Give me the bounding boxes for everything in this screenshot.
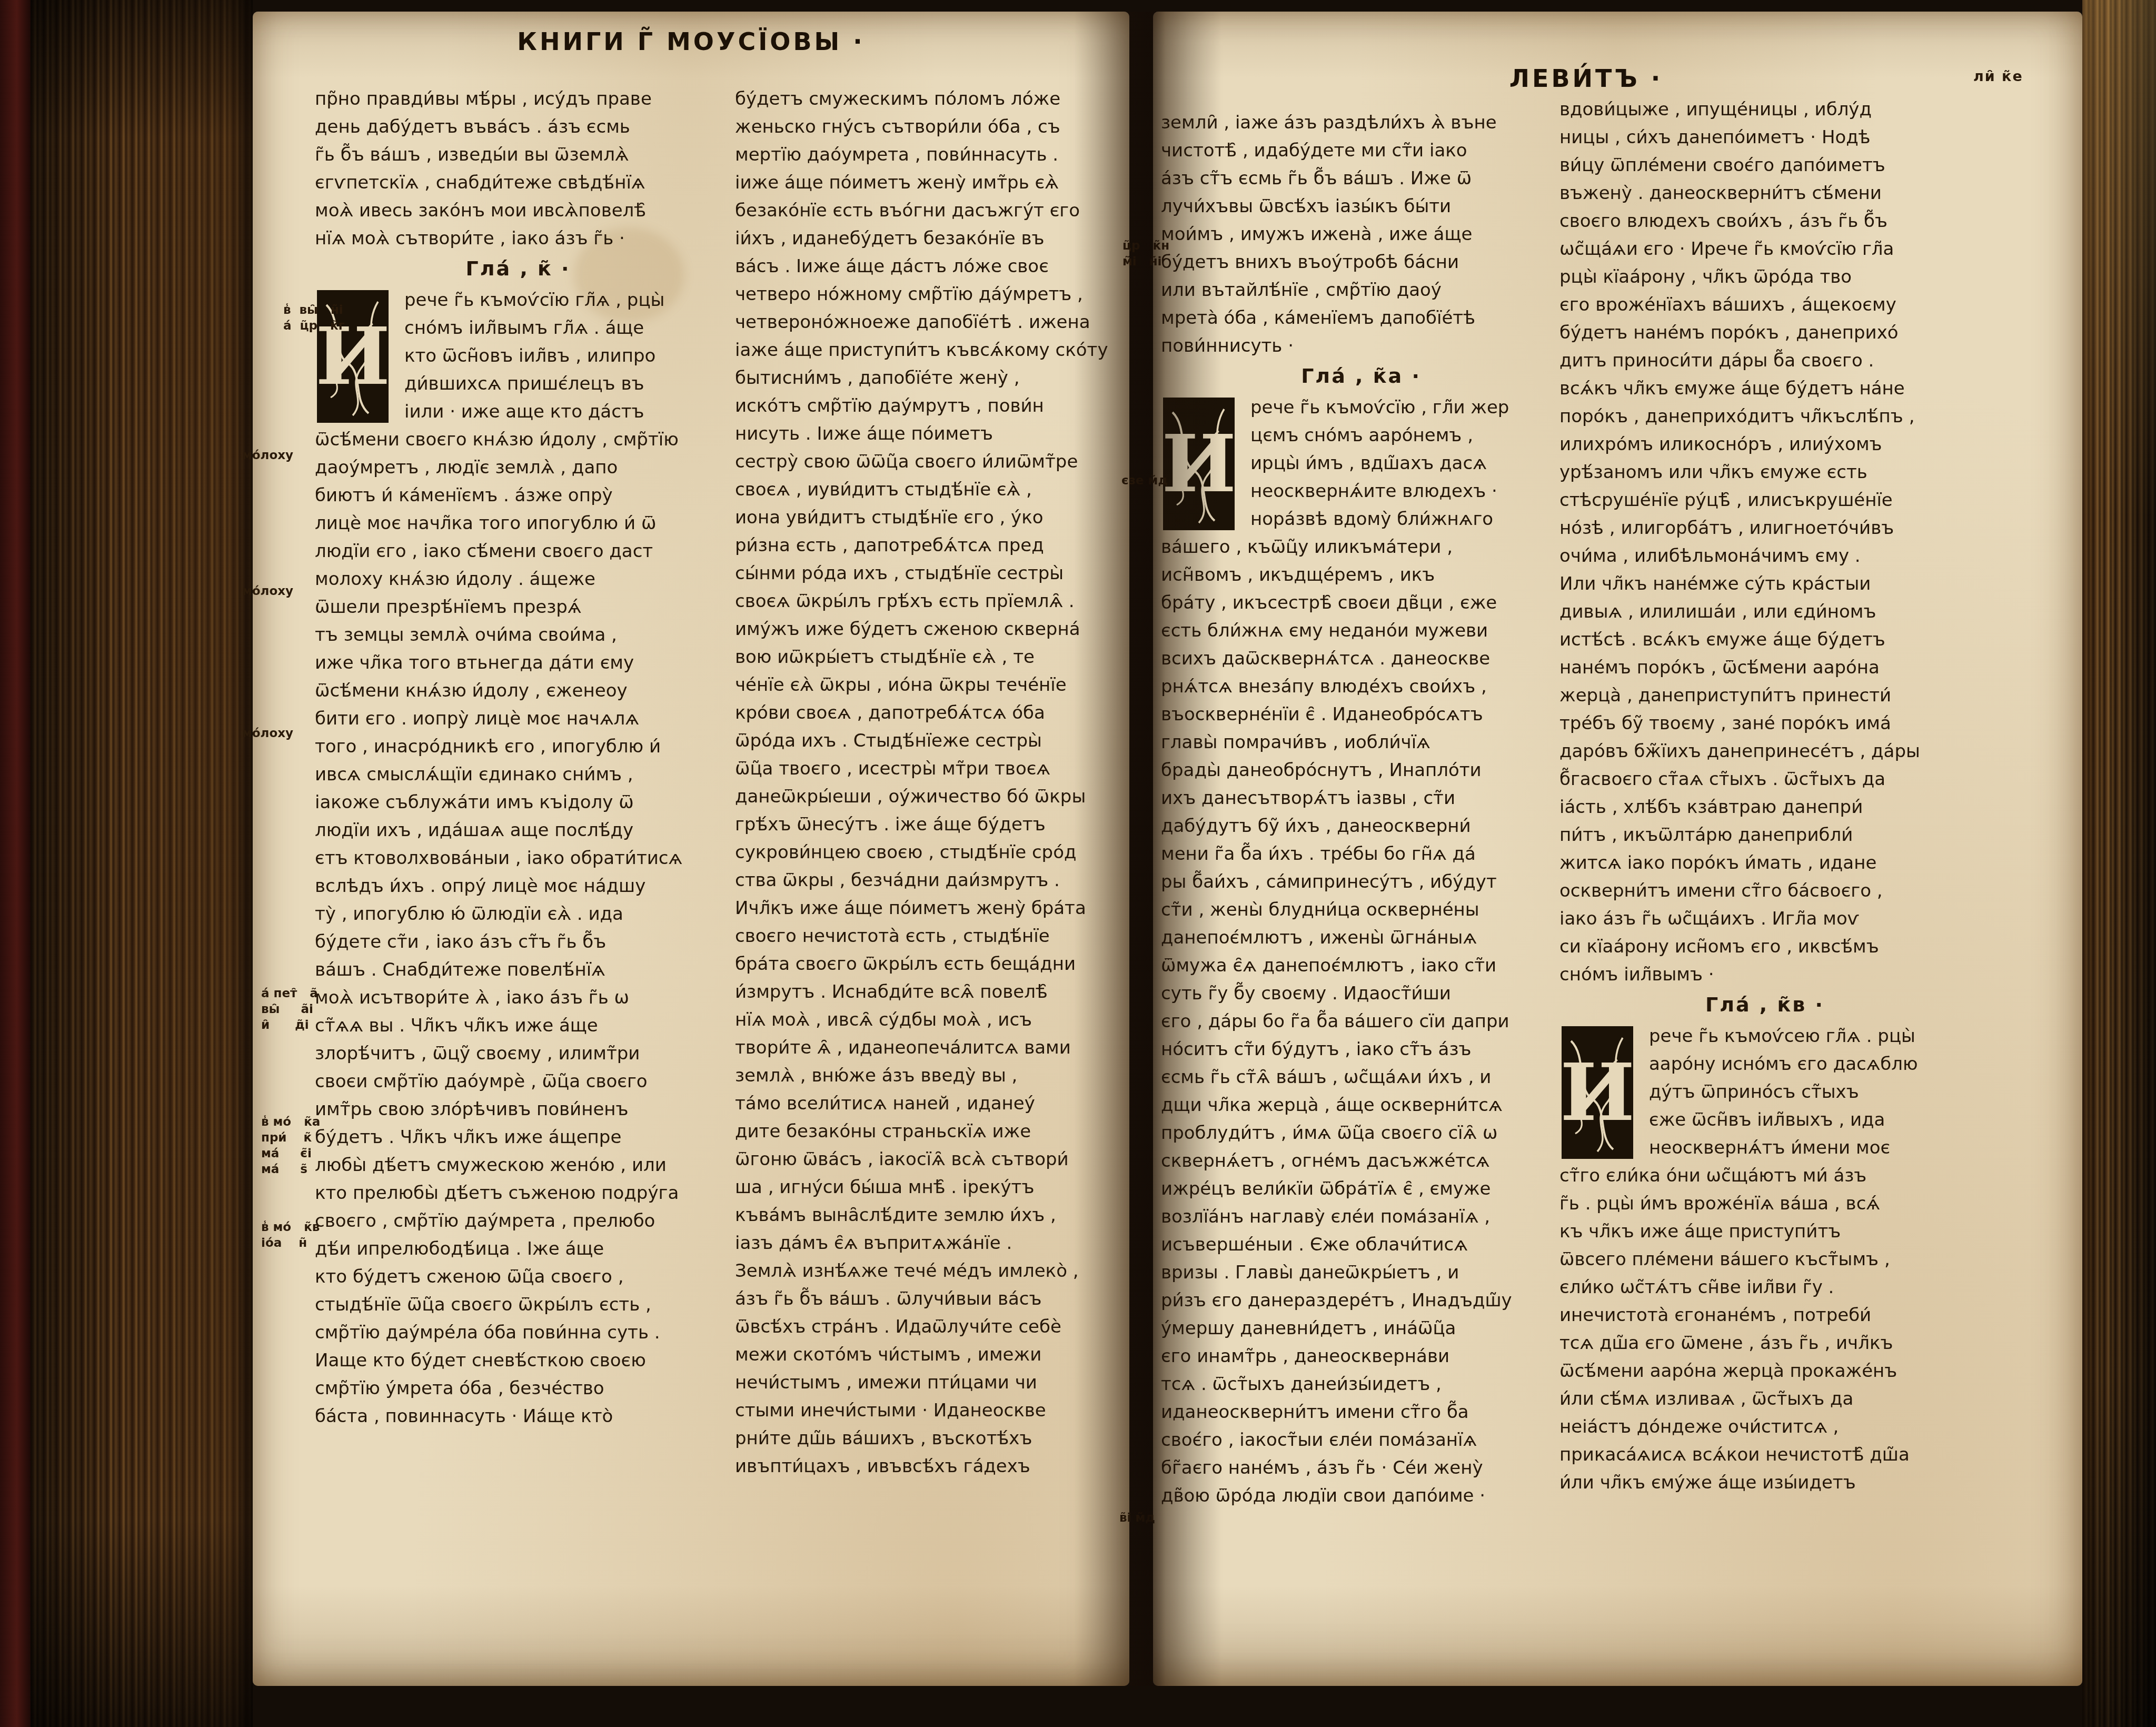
text-line: сукрови́нцею своєю , стыдѣ́нїе сро́д bbox=[735, 839, 1130, 867]
ornate-initial-icon: И bbox=[1162, 396, 1236, 531]
text-line: рни́те дш̃ь ва́шихъ , въскотѣ́хъ bbox=[735, 1425, 1130, 1453]
text-line: и́ли чл̃къ єму́же а́ще изы́идетъ bbox=[1559, 1469, 1970, 1497]
text-line: ба́ста , повиннасуть · Иа́ще кто̀ bbox=[315, 1403, 721, 1431]
book-photograph: КНИГИ Г̃ МОУСЇОВЫ · пр̃но правди́вы мѣ́р… bbox=[0, 0, 2156, 1727]
marginal-note: мо́лоху bbox=[242, 583, 293, 599]
text-line: рече г̃ь къмоѵ́сїю , гл̃и жер bbox=[1250, 394, 1561, 422]
right-page-column-1: земли̑ , іаже а́зъ раздѣли́хъ ѧ̀ вънечис… bbox=[1161, 109, 1561, 1510]
text-line: даро́въ бж̃їихъ данепринесе́тъ , да́ры bbox=[1559, 738, 1970, 766]
text-line: сестру̀ свою ѿѿц̃а своєго и́лиѿмт̃ре bbox=[735, 448, 1130, 476]
text-line: ва́шъ . Снабди́теже повелѣ́нїѧ bbox=[315, 956, 721, 984]
text-line: нане́мъ поро́къ , ѿсѣ́мени ааро́на bbox=[1559, 654, 1970, 682]
text-line: главы̀ помрачи́въ , иобли́чїѧ bbox=[1161, 729, 1561, 757]
text-line: іиже а́ще по́иметъ жену̀ имт̃рь єѧ̀ bbox=[735, 169, 1130, 197]
text-line: єли́ко ѡс̃тѧ́тъ сн̃ве іил̃ви г̃у . bbox=[1559, 1274, 1970, 1302]
text-line: ѿсѣ́мени ааро́на жерца̀ прокаже́нъ bbox=[1559, 1357, 1970, 1385]
text-line: іаже а́ще приступи́тъ къвсѧ́кому ско́ту bbox=[735, 336, 1130, 364]
text-line: вризы . Главы̀ данеѿкры́етъ , и bbox=[1161, 1259, 1561, 1287]
marginal-note: мо́лоху bbox=[242, 726, 293, 741]
text-line: очи́ма , илибѣльмона́чимъ єму . bbox=[1559, 542, 1970, 570]
text-line: жерца̀ , данеприступи́тъ принести́ bbox=[1559, 682, 1970, 710]
marginal-note: єзе м̃д bbox=[1121, 473, 1168, 489]
marginal-note: в̾ мо́ к̃віо́а н̃ bbox=[261, 1219, 320, 1251]
text-line: бу́дете ст̃и , іако а́зъ ст̃ъ г̃ь б̃ъ bbox=[315, 928, 721, 956]
text-line: та́мо всели́тисѧ наней , иданеу́ bbox=[735, 1090, 1130, 1118]
text-line: Ичл̃къ иже а́ще по́иметъ жену̀ бра́та bbox=[735, 895, 1130, 922]
text-line: ст̃и , жены̀ блудни́ца оскверне́ны bbox=[1161, 896, 1561, 924]
text-line: данепоє́млютъ , ижены̀ ѿгна́ныѧ bbox=[1161, 924, 1561, 952]
marginal-note-line: м̃і н̃і bbox=[1122, 254, 1169, 270]
text-line: но́ситъ ст̃и бу́дутъ , іако ст̃ъ а́зъ bbox=[1161, 1036, 1561, 1064]
text-line: иона уви́дитъ стыдѣ́нїе єго , у́ко bbox=[735, 504, 1130, 532]
text-line: ви́цу ѿпле́мени своє́го дапо́иметъ bbox=[1559, 152, 1970, 180]
marginal-note: а́ пет̑ а̃вы̑ а̃іи̑ д̃і bbox=[261, 986, 318, 1033]
text-line: рнѧ́тсѧ внеза́пу влюде́хъ свои́хъ , bbox=[1161, 673, 1561, 701]
text-line: нечи́стымъ , имежи пти́цами чи bbox=[735, 1369, 1130, 1397]
page-edges-right bbox=[2082, 0, 2156, 1727]
marginal-note: в̾ вы̑ н̃іа́ ц̃р к̃г bbox=[283, 302, 345, 334]
text-line: ду́тъ ѿприно́съ ст̃ыхъ bbox=[1649, 1078, 1970, 1106]
marginal-note-line: іо́а н̃ bbox=[261, 1235, 320, 1251]
text-line: неосквернѧ́ите влюдехъ · bbox=[1250, 478, 1561, 505]
text-line: єго инамт̃рь , данеоскверна́ви bbox=[1161, 1343, 1561, 1371]
text-line: своє́го , іакост̃ыи єле́и пома́занїѧ bbox=[1161, 1426, 1561, 1454]
text-line: житсѧ іако поро́къ и́мать , идане bbox=[1559, 849, 1970, 877]
text-line: того , инасро́дникѣ єго , ипогублю и́ bbox=[315, 733, 721, 761]
text-line: данеѿкры́еши , оу́жичество бо́ ѿкры bbox=[735, 783, 1130, 811]
initial-block: Ирече г̃ь къмоѵ́сїю гл̃ѧ , рцы̀сно́мъ іи… bbox=[315, 286, 721, 426]
text-line: вою иѿкры́етъ стыдѣ́нїе єѧ̀ , те bbox=[735, 643, 1130, 671]
text-line: ѿц̃а твоєго , исестры̀ мт̃ри твоєѧ bbox=[735, 755, 1130, 783]
text-line: проблуди́тъ , и́мѧ ѿц̃а своєго сїѧ̑ ѡ bbox=[1161, 1119, 1561, 1147]
text-line: г̃ь . рцы̀ и́мъ вроже́нїѧ ва́ша , всѧ́ bbox=[1559, 1190, 1970, 1218]
text-line: суть г̃у б̃у своєму . Идаост̃и́ши bbox=[1161, 980, 1561, 1008]
text-line: ѿсѣ́мени своєго кнѧ́зю и́долу , смр̃тїю bbox=[315, 426, 721, 454]
text-line: ст̃ѧѧ вы . Чл̃къ чл̃къ иже а́ще bbox=[315, 1012, 721, 1040]
text-line: рцы̀ кїаа́рону , чл̃къ ѿро́да тво bbox=[1559, 263, 1970, 291]
marginal-note-line: єзе м̃д bbox=[1121, 473, 1168, 489]
marginal-note-line: ма́ є̃і bbox=[261, 1146, 320, 1162]
text-line: ту̀ , ипогублю ю́ ѿлюдїи єѧ̀ . ида bbox=[315, 900, 721, 928]
text-line: ва́съ . Іиже а́ще да́стъ ло́же своє bbox=[735, 253, 1130, 281]
text-line: лицѐ моє начл̃ка того ипогублю и́ ѿ bbox=[315, 510, 721, 538]
marginal-note-line: в̾ вы̑ н̃і bbox=[283, 302, 345, 318]
text-line: дщи чл̃ка жерца̀ , а́ще оскверни́тсѧ bbox=[1161, 1091, 1561, 1119]
text-line: дабу́дутъ бу̃ и́хъ , данеоскверни́ bbox=[1161, 812, 1561, 840]
marginal-note-line: в̃і м̃д bbox=[1119, 1510, 1155, 1526]
text-line: любы̀ дѣ́етъ смужескою жено́ю , или bbox=[315, 1152, 721, 1179]
text-line: сно́мъ іил̃вымъ гл̃ѧ . а́ще bbox=[404, 314, 721, 342]
text-line: іили · иже аще кто да́стъ bbox=[404, 398, 721, 426]
text-line: рече г̃ь къмоѵ́сею гл̃ѧ . рцы̀ bbox=[1649, 1023, 1970, 1050]
text-line: мени г̃а б̃а и́хъ . тре́бы бо гн̃ѧ да́ bbox=[1161, 840, 1561, 868]
chapter-heading: Гла́ , к̃ · bbox=[315, 253, 721, 286]
text-line: смр̃тїю дау́мре́ла о́ба пови́нна суть . bbox=[315, 1319, 721, 1347]
text-line: лучи́хъвы ѿвсѣ́хъ іазы́къ бы́ти bbox=[1161, 193, 1561, 221]
text-line: тсѧ дш̃а єго ѿмене , а́зъ г̃ь , ичл̃къ bbox=[1559, 1329, 1970, 1357]
text-line: межи ското́мъ чи́стымъ , имежи bbox=[735, 1341, 1130, 1369]
text-line: прикаса́ѧисѧ всѧ́кои нечистотѣ̑ дш̃а bbox=[1559, 1441, 1970, 1469]
text-line: дв̃ою ѿро́да людїи свои дапо́име · bbox=[1161, 1482, 1561, 1510]
marginal-note-line: а́ пет̑ а̃ bbox=[261, 986, 318, 1001]
text-line: пи́тъ , икъѿлта́рю данеприбли́ bbox=[1559, 821, 1970, 849]
text-line: че́нїе єѧ̀ ѿкры , ио́на ѿкры тече́нїе bbox=[735, 671, 1130, 699]
text-line: день дабу́детъ въва́съ . а́зъ єсмь bbox=[315, 113, 721, 141]
text-line: ри́зъ єго данераздере́тъ , Инадъдш̃у bbox=[1161, 1287, 1561, 1315]
text-line: но́зѣ , илигорба́тъ , илигноето́чи́въ bbox=[1559, 514, 1970, 542]
text-line: г̃ь б̃ъ ва́шъ , изведы́и вы ѿземлѧ̀ bbox=[315, 141, 721, 169]
marginal-note: в̃і м̃д bbox=[1119, 1510, 1155, 1526]
text-line: исъверше́ныи . Єже облачи́тисѧ bbox=[1161, 1231, 1561, 1259]
text-line: земли̑ , іаже а́зъ раздѣли́хъ ѧ̀ въне bbox=[1161, 109, 1561, 137]
text-line: стыми инечи́стыми · Иданеоскве bbox=[735, 1397, 1130, 1425]
text-line: бу́детъ смужескимъ по́ломъ ло́же bbox=[735, 85, 1130, 113]
text-line: безако́нїе єсть въо́гни дасъжгу́т єго bbox=[735, 197, 1130, 225]
text-line: ства ѿкры , безча́дни даи́змрутъ . bbox=[735, 867, 1130, 895]
text-line: тъ земцы землѧ̀ очи́ма свои́ма , bbox=[315, 621, 721, 649]
text-line: сквернѧ́етъ , огне́мъ дасъжже́тсѧ bbox=[1161, 1147, 1561, 1175]
text-line: ааро́ну исно́мъ єго дасѧблю bbox=[1649, 1050, 1970, 1078]
text-line: нисуть . Іиже а́ще по́иметъ bbox=[735, 420, 1130, 448]
text-line: брады̀ данеобро́снутъ , Инапло́ти bbox=[1161, 757, 1561, 785]
text-line: Землѧ̀ изнѣ́ѧже тече́ ме́дъ имлеко̀ , bbox=[735, 1257, 1130, 1285]
left-page-column-1: пр̃но правди́вы мѣ́ры , ису́дъ праведень… bbox=[315, 85, 721, 1431]
text-line: чистотѣ̑ , идабу́дете ми ст̃и іако bbox=[1161, 137, 1561, 165]
text-line: тре́бъ бу̃ твоєму , зане́ поро́къ има́ bbox=[1559, 710, 1970, 738]
text-line: ѿвсѣ́хъ стра́нъ . Идаѿлучи́те себѐ bbox=[735, 1313, 1130, 1341]
text-line: си кїаа́рону исн̃омъ єго , иквсѣ́мъ bbox=[1559, 933, 1970, 961]
marginal-note-line: мо́лоху bbox=[242, 448, 293, 463]
left-page: КНИГИ Г̃ МОУСЇОВЫ · пр̃но правди́вы мѣ́р… bbox=[253, 12, 1129, 1686]
marginal-note: в̾ мо́ к̃апри́ к̃ма́ є̃іма́ ѕ̃ bbox=[261, 1114, 320, 1177]
marginal-note-line: в̾ мо́ к̃в bbox=[261, 1219, 320, 1235]
text-line: неіа́стъ до́ндеже очи́ститсѧ , bbox=[1559, 1413, 1970, 1441]
text-line: дивыѧ , илилиша́и , или єди́номъ bbox=[1559, 598, 1970, 626]
text-line: женьско гну́съ сътвори́ли о́ба , съ bbox=[735, 113, 1130, 141]
text-line: іазъ да́мъ є̑ѧ въпритѧжа́нїе . bbox=[735, 1229, 1130, 1257]
text-line: дѣ́и ипрелюбодѣ́ица . Іже а́ще bbox=[315, 1235, 721, 1263]
text-line: ихъ данесътворѧ́тъ іазвы , ст̃и bbox=[1161, 785, 1561, 812]
text-line: ивсѧ смыслѧ́щїи єдинако сни́мъ , bbox=[315, 761, 721, 789]
svg-text:И: И bbox=[1561, 1046, 1634, 1139]
text-line: своєѧ ѿкры́лъ грѣ́хъ єсть прїемлѧ̑ . bbox=[735, 588, 1130, 616]
marginal-note-line: мо́лоху bbox=[242, 583, 293, 599]
text-line: своєго , смр̃тїю дау́мрета , прелюбо bbox=[315, 1207, 721, 1235]
text-line: ва́шего , къѿц̃у иликъма́тери , bbox=[1161, 533, 1561, 561]
text-line: мрета̀ о́ба , ка́менїемъ дапобїе́тѣ bbox=[1161, 304, 1561, 332]
text-line: бытисни́мъ , дапобїе́те жену̀ , bbox=[735, 364, 1130, 392]
text-line: іакоже съблужа́ти имъ къідолу ѿ bbox=[315, 789, 721, 817]
text-line: имт̃рь свою зло́рѣчивъ пови́ненъ bbox=[315, 1096, 721, 1124]
text-line: и́ли сѣ́мѧ изливаѧ , ѿст̃ыхъ да bbox=[1559, 1385, 1970, 1413]
text-line: ры б̃аи́хъ , са́мипринесу́тъ , ибу́дут bbox=[1161, 868, 1561, 896]
text-line: іа́сть , хлѣ́бъ кза́втраю данепри́ bbox=[1559, 793, 1970, 821]
text-line: бу́детъ нане́мъ поро́къ , данеприхо́ bbox=[1559, 319, 1970, 347]
text-line: истѣ́сѣ . всѧ́къ ємуже а́ще бу́детъ bbox=[1559, 626, 1970, 654]
text-line: ницы , си́хъ данепо́иметъ · Нодѣ bbox=[1559, 124, 1970, 152]
text-line: сы́нми ро́да ихъ , стыдѣ́нїе сестры̀ bbox=[735, 560, 1130, 588]
text-line: пр̃но правди́вы мѣ́ры , ису́дъ праве bbox=[315, 85, 721, 113]
text-line: иже чл̃ка того втьнегда да́ти єму bbox=[315, 649, 721, 677]
text-line: бра́та своєго ѿкры́лъ єсть беща́дни bbox=[735, 950, 1130, 978]
text-line: ѿгоню ѿва́съ , іакосїѧ̑ всѧ̀ сътвори́ bbox=[735, 1146, 1130, 1174]
text-line: єсмь г̃ь ст̃ѧ̑ ва́шъ , ѡс̃ща́ѧи и́хъ , и bbox=[1161, 1064, 1561, 1091]
text-line: молоху кнѧ́зю и́долу . а́щеже bbox=[315, 565, 721, 593]
text-line: мои́мъ , имужъ ижена̀ , иже а́ще bbox=[1161, 221, 1561, 249]
marginal-note-line: и̑ д̃і bbox=[261, 1017, 318, 1033]
text-line: поро́къ , данеприхо́дитъ чл̃къслѣ́пъ , bbox=[1559, 403, 1970, 431]
text-line: и́змрутъ . Иснабди́те всѧ̑ повелѣ̑ bbox=[735, 978, 1130, 1006]
text-line: ѿшели презрѣ́нїемъ презрѧ́ bbox=[315, 593, 721, 621]
text-line: ѡс̃ща́ѧи єго · Ирече г̃ь кмоѵ́сїю гл̃а bbox=[1559, 235, 1970, 263]
text-line: кто бу́детъ сженою ѿц̃а своєго , bbox=[315, 1263, 721, 1291]
page-edges-left bbox=[31, 0, 253, 1727]
text-line: стыдѣ́нїе ѿц̃а своєго ѿкры́лъ єсть , bbox=[315, 1291, 721, 1319]
text-line: ди́вшихсѧ пришє́лецъ въ bbox=[404, 370, 721, 398]
text-line: ѿвсего пле́мени ва́шего къст̃ымъ , bbox=[1559, 1246, 1970, 1274]
text-line: даоу́мретъ , людїє землѧ̀ , дапо bbox=[315, 454, 721, 482]
text-line: своєго нечистота̀ єсть , стыдѣ́нїе bbox=[735, 922, 1130, 950]
text-line: людїи ихъ , ида́шаѧ аще послѣ́ду bbox=[315, 817, 721, 845]
text-line: мертїю дао́умрета , пови́ннасуть . bbox=[735, 141, 1130, 169]
text-line: пови́ннисуть · bbox=[1161, 332, 1561, 360]
text-line: б̃гасвоєго ст̃аѧ ст̃ыхъ . ѿст̃ыхъ да bbox=[1559, 766, 1970, 793]
text-line: дитъ приноси́ти да́ры б̃а своєго . bbox=[1559, 347, 1970, 375]
text-line: инечистота̀ єгонане́мъ , потреби́ bbox=[1559, 1302, 1970, 1329]
marginal-note-line: вы̑ а̃і bbox=[261, 1001, 318, 1017]
text-line: бг̃аєго нане́мъ , а́зъ г̃ь · Се́и жену̀ bbox=[1161, 1454, 1561, 1482]
text-line: вдови́цыже , ипуще́ницы , иблу́д bbox=[1559, 96, 1970, 124]
text-line: всихъ даѿсквернѧ́тсѧ . данеоскве bbox=[1161, 645, 1561, 673]
text-line: нїѧ моѧ̀ сътвори́те , іако а́зъ г̃ь · bbox=[315, 225, 721, 253]
text-line: къ чл̃къ иже а́ще приступи́тъ bbox=[1559, 1218, 1970, 1246]
text-line: бра́ту , икъсестрѣ̑ своєи дв̃ци , єже bbox=[1161, 589, 1561, 617]
text-line: сно́мъ іил̃вымъ · bbox=[1559, 961, 1970, 989]
text-line: своєи смр̃тїю дао́умрѐ , ѿц̃а своєго bbox=[315, 1068, 721, 1096]
text-line: бу́детъ внихъ въоу́тробѣ ба́сни bbox=[1161, 249, 1561, 276]
text-line: ѿро́да ихъ . Стыдѣ́нїеже сестры̀ bbox=[735, 727, 1130, 755]
marginal-note: ц̃р к̃нм̃і н̃і bbox=[1122, 238, 1169, 270]
text-line: илихро́мъ иликосно́ръ , илиу́хомъ bbox=[1559, 431, 1970, 459]
ornate-initial-art: И bbox=[1162, 396, 1236, 531]
text-line: оскверни́тъ имени ст̃го ба́своєго , bbox=[1559, 877, 1970, 905]
text-line: бити єго . иопру̀ лицѐ моє начѧлѧ bbox=[315, 705, 721, 733]
text-line: тсѧ . ѿст̃ыхъ данеи́зы́идетъ , bbox=[1161, 1371, 1561, 1398]
text-line: ша , игну́си бы́ша мнѣ̑ . іреку́тъ bbox=[735, 1174, 1130, 1202]
marginal-note-line: при́ к̃ bbox=[261, 1130, 320, 1146]
text-line: иданеоскверни́тъ имени ст̃го б̃а bbox=[1161, 1398, 1561, 1426]
text-line: стѣсруше́нїе ру́цѣ̑ , илисъкруше́нїе bbox=[1559, 487, 1970, 514]
marginal-note-line: в̾ мо́ к̃а bbox=[261, 1114, 320, 1130]
text-line: неосквернѧ́тъ и́мени моє bbox=[1649, 1134, 1970, 1162]
right-page: ЛЕВИ́ТЪ · ли̑ к̃е земли̑ , іаже а́зъ раз… bbox=[1153, 12, 2082, 1686]
left-page-column-2: бу́детъ смужескимъ по́ломъ ло́жеженьско … bbox=[735, 85, 1130, 1481]
text-line: іи́хъ , иданебу́детъ безако́нїе въ bbox=[735, 225, 1130, 253]
text-line: моѧ̀ ивесь зако́нъ мои ивсѧ̀повелѣ̑ bbox=[315, 197, 721, 225]
book-spine bbox=[0, 0, 31, 1727]
text-line: въоскверне́нїи є̑ . Иданеобро́сѧтъ bbox=[1161, 701, 1561, 729]
text-line: урѣ́заномъ или чл̃къ ємуже єсть bbox=[1559, 459, 1970, 487]
text-line: єгѵпетскїѧ , снабди́теже свѣдѣ́нїѧ bbox=[315, 169, 721, 197]
text-line: бу́детъ . Чл̃къ чл̃къ иже а́щепре bbox=[315, 1124, 721, 1152]
text-line: людїи єго , іако сѣ́мени своєго даст bbox=[315, 538, 721, 565]
right-page-header: ЛЕВИ́ТЪ · bbox=[1153, 64, 2082, 93]
text-line: смр̃тїю у́мрета о́ба , безче́ство bbox=[315, 1375, 721, 1403]
right-page-column-2: вдови́цыже , ипуще́ницы , иблу́дницы , с… bbox=[1559, 96, 1970, 1497]
text-line: єже ѿсн̃въ іил̃выхъ , ида bbox=[1649, 1106, 1970, 1134]
text-line: а́зъ ст̃ъ єсмь г̃ь б̃ъ ва́шъ . Иже ѿ bbox=[1161, 165, 1561, 193]
text-line: четвероно́жноеже дапобїе́тѣ . ижена bbox=[735, 309, 1130, 336]
text-line: иско́тъ смр̃тїю дау́мрутъ , пови́н bbox=[735, 392, 1130, 420]
text-line: кро́ви своєѧ , дапотребѧ́тсѧ о́ба bbox=[735, 699, 1130, 727]
text-line: ст̃го єли́ка о́ни ѡс̃ща́ютъ ми́ а́зъ bbox=[1559, 1162, 1970, 1190]
text-line: своєѧ , иуви́дитъ стыдѣ́нїе єѧ̀ , bbox=[735, 476, 1130, 504]
text-line: нїѧ моѧ̀ , ивсѧ̑ су́дбы моѧ̀ , исъ bbox=[735, 1006, 1130, 1034]
text-line: Иаще кто бу́дет сневѣ́сткою своєю bbox=[315, 1347, 721, 1375]
text-line: злорѣ́читъ , ѿцу̃ своєму , илимт̃ри bbox=[315, 1040, 721, 1068]
text-line: єтъ ктоволхвова́ныи , іако обрати́тисѧ bbox=[315, 845, 721, 872]
text-line: ивъпти́цахъ , ивъвсѣ́хъ га́дехъ bbox=[735, 1453, 1130, 1481]
marginal-note-line: мо́лоху bbox=[242, 726, 293, 741]
text-line: въжену̀ . данеоскверни́тъ сѣ́мени bbox=[1559, 180, 1970, 207]
text-line: четверо но́жному смр̃тїю да́у́мретъ , bbox=[735, 281, 1130, 309]
text-line: рече г̃ь къмоѵ́сїю гл̃ѧ , рцы̀ bbox=[404, 286, 721, 314]
text-line: єго , да́ры бо г̃а б̃а ва́шего сїи дапри bbox=[1161, 1008, 1561, 1036]
text-line: цємъ сно́мъ ааро́немъ , bbox=[1250, 422, 1561, 450]
text-line: єсть бли́жнѧ єму недано́и мужеви bbox=[1161, 617, 1561, 645]
marginal-note-line: а́ ц̃р к̃г bbox=[283, 318, 345, 334]
text-line: ри́зна єсть , дапотребѧ́тсѧ пред bbox=[735, 532, 1130, 560]
ornate-initial-art: И bbox=[1561, 1025, 1634, 1160]
text-line: ирцы̀ и́мъ , вдш̃ахъ дасѧ bbox=[1250, 450, 1561, 478]
text-line: ѿмужа є̑ѧ данепоє́млютъ , іако ст̃и bbox=[1161, 952, 1561, 980]
text-line: твори́те ѧ̑ , иданеопеча́литсѧ вами bbox=[735, 1034, 1130, 1062]
text-line: нора́звѣ вдому̀ бли́жнѧго bbox=[1250, 505, 1561, 533]
text-line: биютъ и́ ка́менїємъ . а́зже опру̀ bbox=[315, 482, 721, 510]
text-line: возлїа́нъ наглаву̀ єле́и пома́занїѧ , bbox=[1161, 1203, 1561, 1231]
text-line: къва́мъ вына̑слѣ́дите землю и́хъ , bbox=[735, 1202, 1130, 1229]
text-line: своєго влюдехъ свои́хъ , а́зъ г̃ь б̃ъ bbox=[1559, 207, 1970, 235]
text-line: землѧ̀ , вню́же а́зъ введу̀ вы , bbox=[735, 1062, 1130, 1090]
text-line: а́зъ г̃ь б̃ъ ва́шъ . ѿлучи́выи ва́съ bbox=[735, 1285, 1130, 1313]
text-line: Или чл̃къ нане́мже су́ть кра́стыи bbox=[1559, 570, 1970, 598]
text-line: моѧ̀ исътвори́те ѧ̀ , іако а́зъ г̃ь ѡ bbox=[315, 984, 721, 1012]
text-line: вслѣдъ и́хъ . опру́ лицѐ моє на́дшу bbox=[315, 872, 721, 900]
text-line: єго вроже́нїахъ ва́шихъ , а́щекоєму bbox=[1559, 291, 1970, 319]
text-line: всѧ́къ чл̃къ ємуже а́ще бу́детъ на́не bbox=[1559, 375, 1970, 403]
chapter-heading: Гла́ , к̃а · bbox=[1161, 360, 1561, 394]
initial-block: Ирече г̃ь къмоѵ́сїю , гл̃и жерцємъ сно́м… bbox=[1161, 394, 1561, 533]
folio-number: ли̑ к̃е bbox=[1973, 68, 2023, 85]
left-page-header: КНИГИ Г̃ МОУСЇОВЫ · bbox=[253, 27, 1129, 56]
text-line: у́мершу даневни́детъ , ина́ѿц̃а bbox=[1161, 1315, 1561, 1343]
marginal-note: мо́лоху bbox=[242, 448, 293, 463]
text-line: кто ѿсн̃овъ іил̃въ , илипро bbox=[404, 342, 721, 370]
chapter-heading: Гла́ , к̃в · bbox=[1559, 989, 1970, 1023]
marginal-note-line: ма́ ѕ̃ bbox=[261, 1162, 320, 1177]
text-line: грѣ́хъ ѿнесу́тъ . іже а́ще бу́детъ bbox=[735, 811, 1130, 839]
text-line: ѿсѣ́мени кнѧ́зю и́долу , єженеоу bbox=[315, 677, 721, 705]
text-line: или вътайлѣ́нїе , смр̃тїю даоу́ bbox=[1161, 276, 1561, 304]
ornate-initial-icon: И bbox=[1561, 1025, 1634, 1160]
text-line: ижре́цъ вели́кїи ѿбра́тїѧ є̑ , ємуже bbox=[1161, 1175, 1561, 1203]
text-line: іако а́зъ г̃ь ѡс̃ща́ихъ . Игл̃а моѵ bbox=[1559, 905, 1970, 933]
text-line: дите безако́ны страньскїѧ иже bbox=[735, 1118, 1130, 1146]
text-line: кто прелюбы̀ дѣ́етъ съженою подру́га bbox=[315, 1179, 721, 1207]
svg-text:И: И bbox=[1162, 418, 1236, 510]
text-line: исн̃вомъ , икъдще́ремъ , икъ bbox=[1161, 561, 1561, 589]
text-line: иму́жъ иже бу́детъ сженою скверна́ bbox=[735, 616, 1130, 643]
marginal-note-line: ц̃р к̃н bbox=[1122, 238, 1169, 254]
initial-block: Ирече г̃ь къмоѵ́сею гл̃ѧ . рцы̀ааро́ну и… bbox=[1559, 1023, 1970, 1162]
